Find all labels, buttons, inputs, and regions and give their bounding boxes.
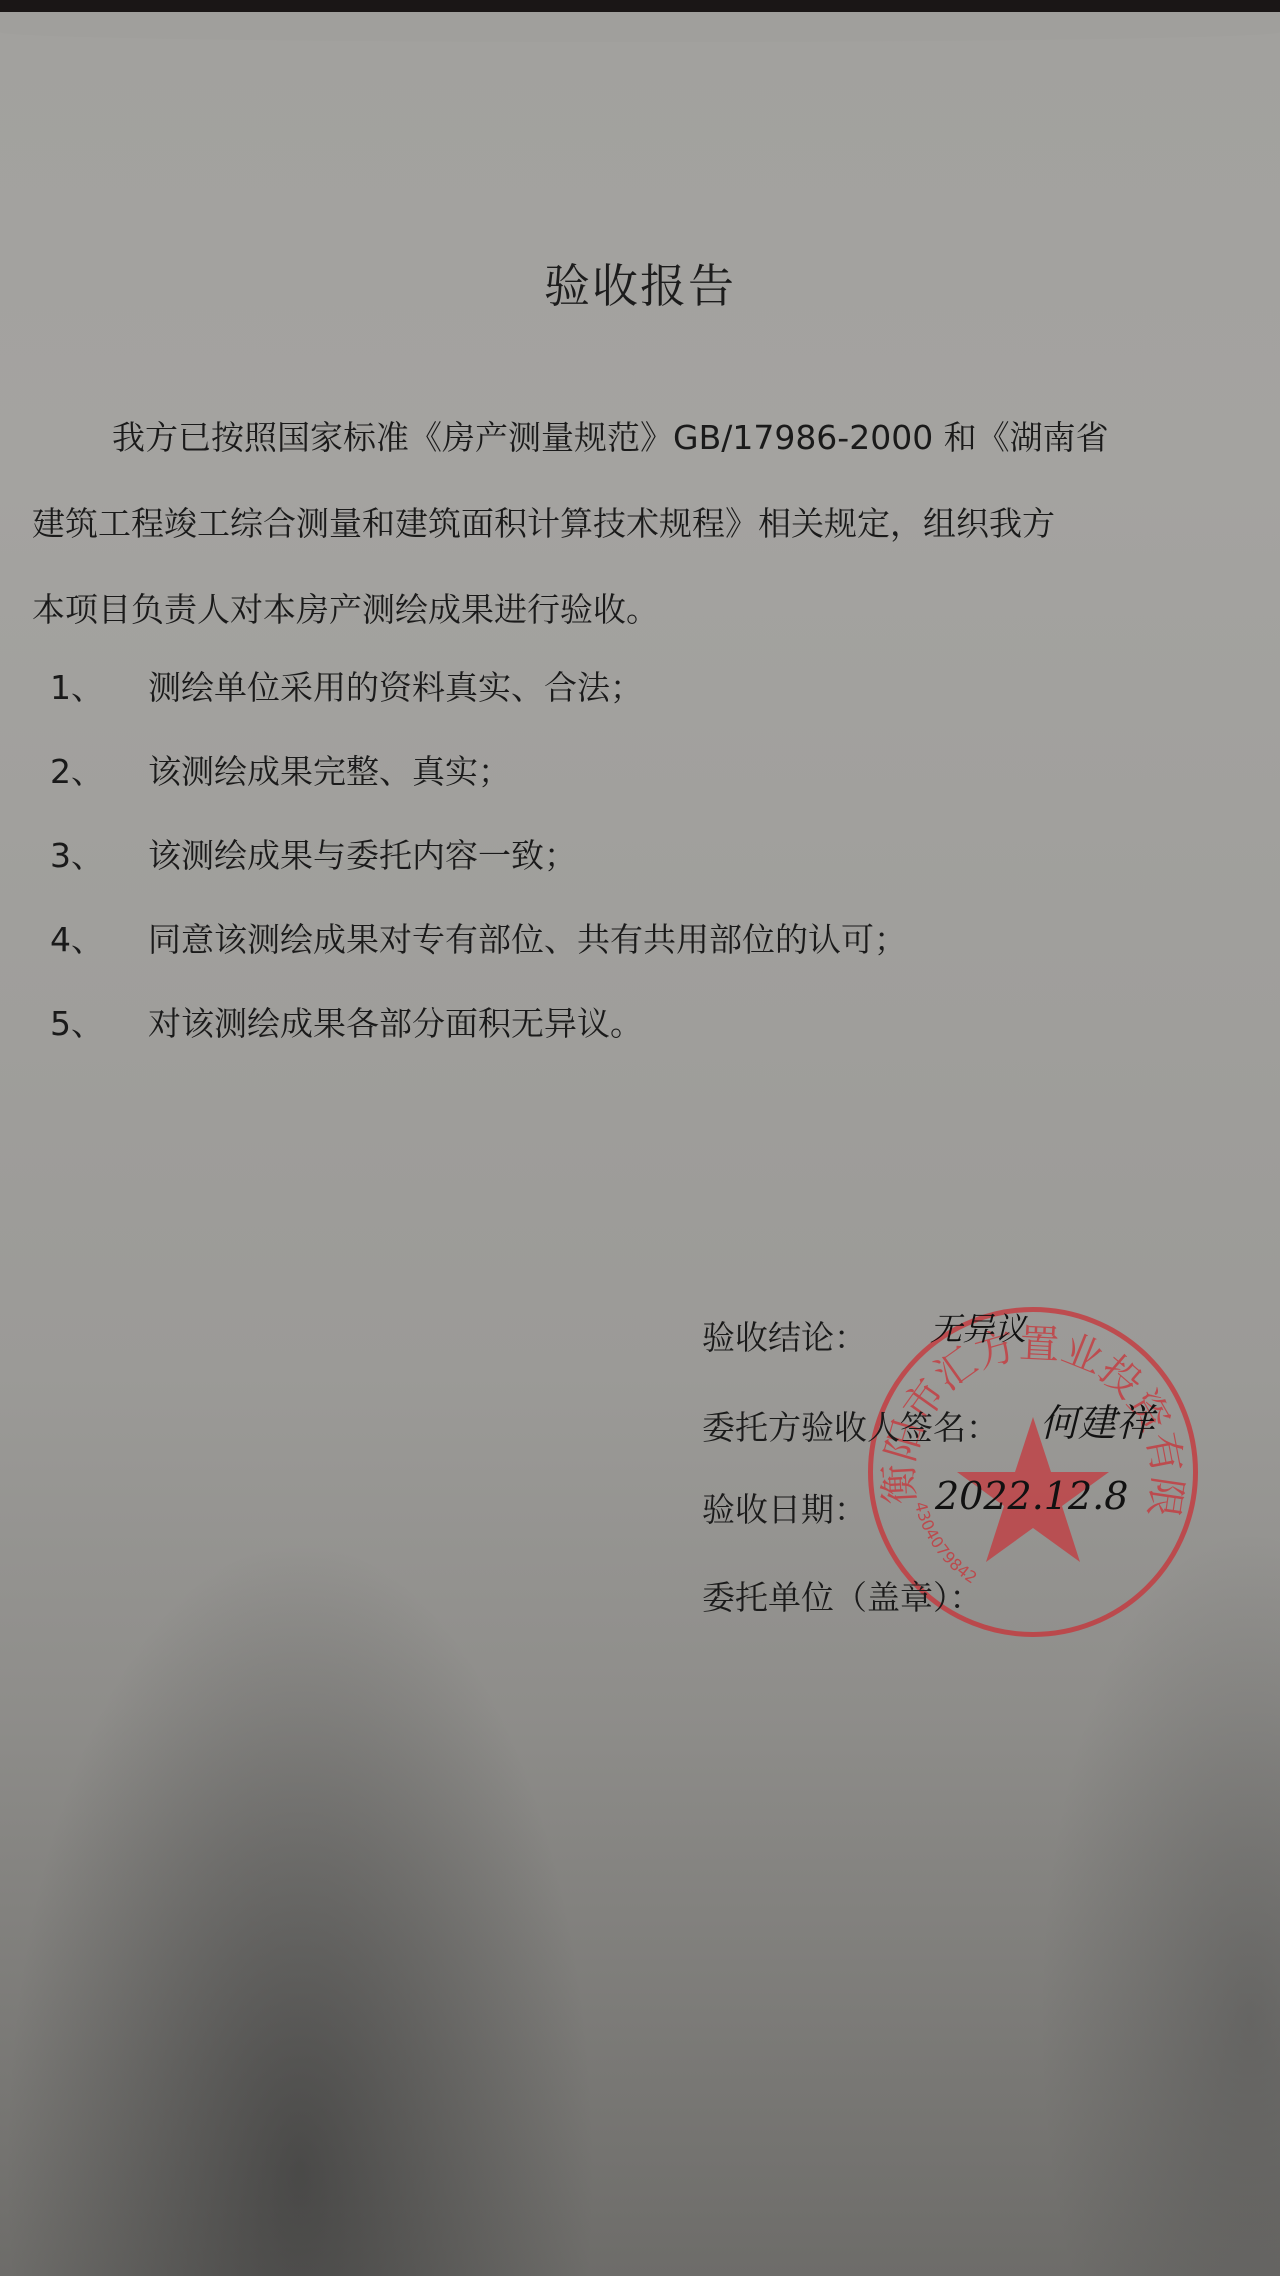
- item-number: 4、: [50, 914, 148, 961]
- conclusion-label: 验收结论：: [702, 1318, 867, 1357]
- date-label: 验收日期：: [702, 1490, 867, 1529]
- item-text: 测绘单位采用的资料真实、合法；: [148, 668, 643, 707]
- conclusion-row: 验收结论：: [702, 1312, 867, 1359]
- signer-label: 委托方验收人签名：: [702, 1408, 999, 1447]
- intro-line-3: 本项目负责人对本房产测绘成果进行验收。: [32, 584, 659, 631]
- unit-label: 委托单位（盖章）：: [702, 1578, 983, 1617]
- conclusion-handwriting: 无异议: [930, 1304, 1026, 1350]
- item-text: 对该测绘成果各部分面积无异议。: [148, 1004, 643, 1043]
- signer-signature: 何建祥: [1040, 1392, 1154, 1447]
- intro-line-2: 建筑工程竣工综合测量和建筑面积计算技术规程》相关规定，组织我方: [32, 498, 1055, 545]
- document-page: 验收报告 我方已按照国家标准《房产测量规范》GB/17986-2000 和《湖南…: [0, 22, 1280, 2276]
- list-item: 2、该测绘成果完整、真实；: [50, 746, 511, 793]
- list-item: 1、测绘单位采用的资料真实、合法；: [50, 662, 643, 709]
- unit-row: 委托单位（盖章）：: [702, 1572, 983, 1619]
- item-text: 同意该测绘成果对专有部位、共有共用部位的认可；: [148, 920, 907, 959]
- list-item: 3、该测绘成果与委托内容一致；: [50, 830, 577, 877]
- signer-row: 委托方验收人签名：: [702, 1402, 999, 1449]
- date-handwriting: 2022.12.8: [935, 1474, 1128, 1518]
- intro-line-1: 我方已按照国家标准《房产测量规范》GB/17986-2000 和《湖南省: [112, 412, 1109, 459]
- item-text: 该测绘成果完整、真实；: [148, 752, 511, 791]
- list-item: 4、同意该测绘成果对专有部位、共有共用部位的认可；: [50, 914, 907, 961]
- date-row: 验收日期：: [702, 1484, 867, 1531]
- item-number: 2、: [50, 746, 148, 793]
- item-number: 5、: [50, 998, 148, 1045]
- document-title: 验收报告: [0, 250, 1280, 316]
- item-text: 该测绘成果与委托内容一致；: [148, 836, 577, 875]
- list-item: 5、对该测绘成果各部分面积无异议。: [50, 998, 643, 1045]
- item-number: 1、: [50, 662, 148, 709]
- item-number: 3、: [50, 830, 148, 877]
